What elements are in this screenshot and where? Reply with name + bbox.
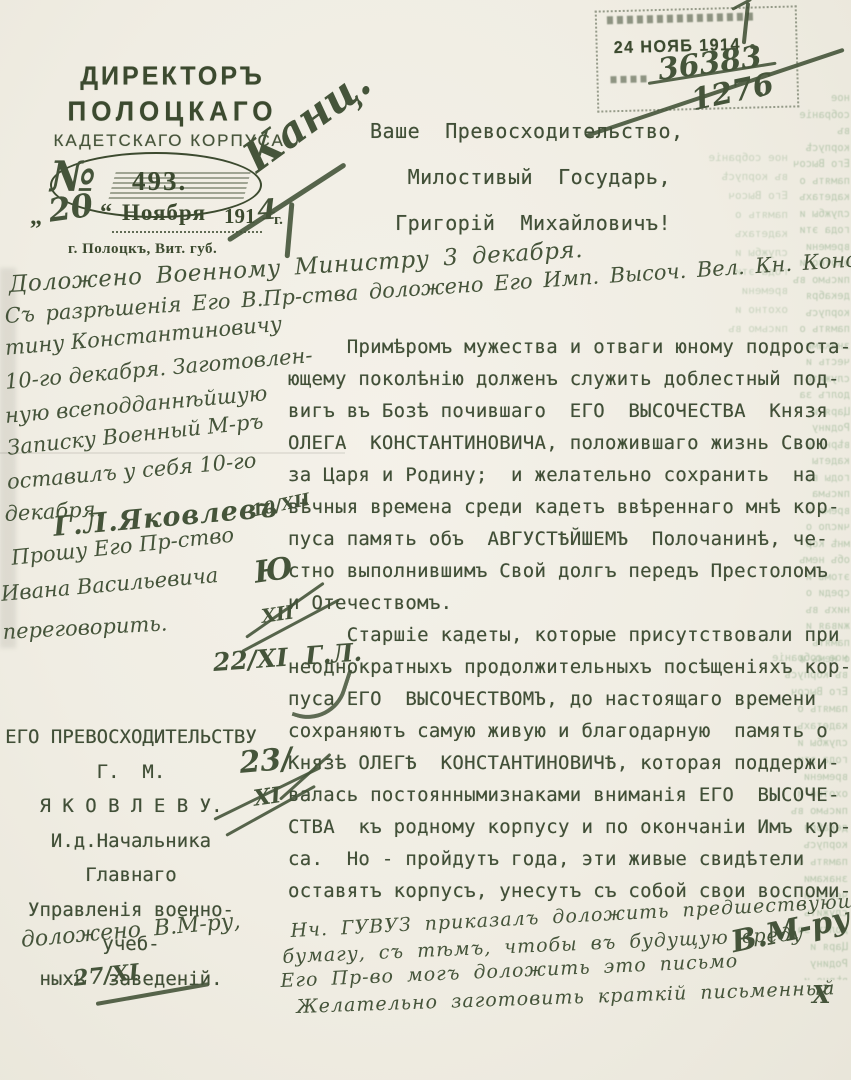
scanned-letter-page: ное собраніе въ корпусѣ Его Высоч память…: [0, 0, 851, 1080]
letterhead-place: г. Полоцкъ, Вит. губ.: [68, 241, 217, 258]
check-mark: X: [812, 980, 831, 1009]
handwritten-request-line: переговорить.: [2, 611, 168, 644]
pen-stroke: [285, 202, 294, 258]
stamp-illegible-scribble: [610, 75, 646, 83]
handwritten-request-line: Ивана Васильевича: [0, 563, 219, 606]
date-day-handwritten: 20: [46, 186, 95, 230]
address-margin-date-top: 23/: [238, 741, 294, 780]
recipient-address: ЕГО ПРЕВОСХОДИТЕЛЬСТВУ Г. М. Я К О В Л Е…: [0, 720, 262, 996]
date-quote-open: „: [30, 204, 42, 231]
date-month: Ноября: [122, 200, 206, 226]
document-number: 493.: [132, 166, 187, 197]
date-quote-close: “: [100, 200, 112, 227]
stamp-illegible-header: [607, 12, 757, 24]
letterhead-org-line1: ДИРЕКТОРЪ: [50, 61, 295, 91]
salutation: Ваше Превосходительство, Милостивый Госу…: [370, 108, 684, 246]
letter-body: Примѣромъ мужества и отваги юному подрос…: [288, 331, 851, 907]
date-year-suffix: г.: [274, 212, 283, 229]
